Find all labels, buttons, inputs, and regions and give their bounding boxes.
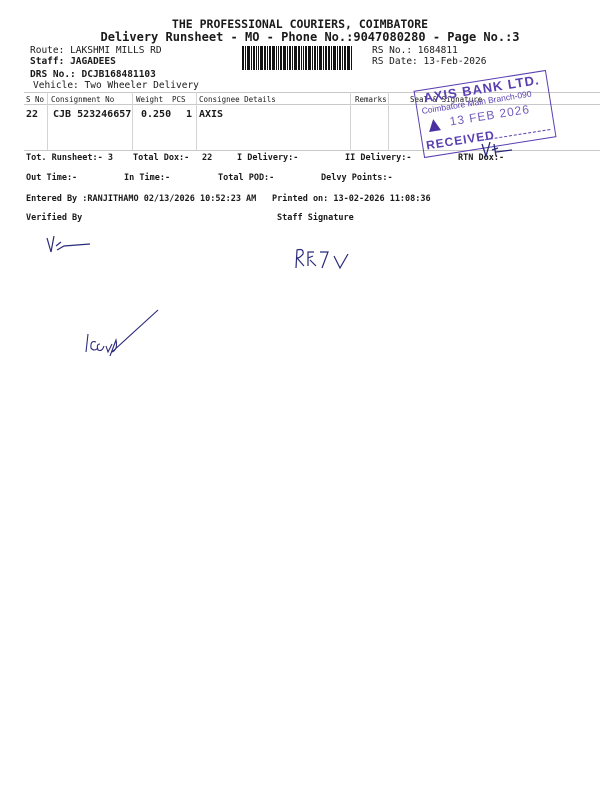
col-header-consignment: Consignment No xyxy=(51,95,114,104)
cell-weight: 0.250 xyxy=(141,109,171,120)
barcode-icon xyxy=(242,46,368,70)
tot-runsheet: Tot. Runsheet:- 3 xyxy=(26,153,113,163)
rs-date-value: 13-Feb-2026 xyxy=(424,56,487,67)
cell-sno: 22 xyxy=(26,109,38,120)
cell-pcs: 1 xyxy=(186,109,192,120)
col-header-sno: S No xyxy=(26,95,44,104)
delvy-points-label: Delvy Points:- xyxy=(321,173,393,183)
col-header-remarks: Remarks xyxy=(355,95,387,104)
company-title: THE PROFESSIONAL COURIERS, COIMBATORE xyxy=(0,17,600,31)
staff-signature-label: Staff Signature xyxy=(277,213,354,223)
rs-no-value: 1684811 xyxy=(418,45,458,56)
col-divider xyxy=(196,92,197,150)
stamp-initials-signature xyxy=(478,138,518,160)
axis-logo-icon xyxy=(427,118,441,132)
entered-by: Entered By :RANJITHAMO 02/13/2026 10:52:… xyxy=(26,194,256,204)
vehicle-line: Vehicle: Two Wheeler Delivery xyxy=(33,80,199,91)
col-divider xyxy=(132,92,133,150)
in-time-label: In Time:- xyxy=(124,173,170,183)
col-divider xyxy=(388,92,389,150)
tot-runsheet-value: 3 xyxy=(108,153,113,163)
extra-signature xyxy=(82,304,162,360)
vehicle-value: Two Wheeler Delivery xyxy=(85,80,199,91)
staff-label: Staff: xyxy=(30,56,64,67)
drs-line: DRS No.: DCJB168481103 xyxy=(30,69,156,80)
tot-runsheet-label: Tot. Runsheet:- xyxy=(26,153,103,163)
drs-label: DRS No.: xyxy=(30,69,76,80)
col-header-consignee: Consignee Details xyxy=(199,95,276,104)
total-dox-label: Total Dox:- xyxy=(133,153,189,163)
cell-consignment: CJB 523246657 xyxy=(53,109,131,120)
rs-date-label: RS Date: xyxy=(372,56,418,67)
col-header-pcs: PCS xyxy=(172,95,186,104)
col-divider xyxy=(350,92,351,150)
rs-no-label: RS No.: xyxy=(372,45,412,56)
cell-consignee: AXIS xyxy=(199,109,223,120)
col-divider xyxy=(47,92,48,150)
runsheet-subtitle: Delivery Runsheet - MO - Phone No.:90470… xyxy=(0,30,600,44)
printed-on: Printed on: 13-02-2026 11:08:36 xyxy=(272,194,431,204)
verified-by-label: Verified By xyxy=(26,213,82,223)
out-time-label: Out Time:- xyxy=(26,173,77,183)
staff-signature xyxy=(292,244,362,274)
verified-signature xyxy=(44,232,94,256)
rs-date-line: RS Date: 13-Feb-2026 xyxy=(372,56,486,67)
vehicle-label: Vehicle: xyxy=(33,80,79,91)
total-pod-label: Total POD:- xyxy=(218,173,274,183)
total-dox-value: 22 xyxy=(202,153,212,163)
route-line: Route: LAKSHMI MILLS RD xyxy=(30,45,162,56)
route-value: LAKSHMI MILLS RD xyxy=(70,45,162,56)
staff-value: JAGADEES xyxy=(70,56,116,67)
ii-delivery-label: II Delivery:- xyxy=(345,153,412,163)
rs-no-line: RS No.: 1684811 xyxy=(372,45,458,56)
drs-value: DCJB168481103 xyxy=(82,69,156,80)
i-delivery-label: I Delivery:- xyxy=(237,153,298,163)
staff-line: Staff: JAGADEES xyxy=(30,56,116,67)
col-header-weight: Weight xyxy=(136,95,163,104)
route-label: Route: xyxy=(30,45,64,56)
